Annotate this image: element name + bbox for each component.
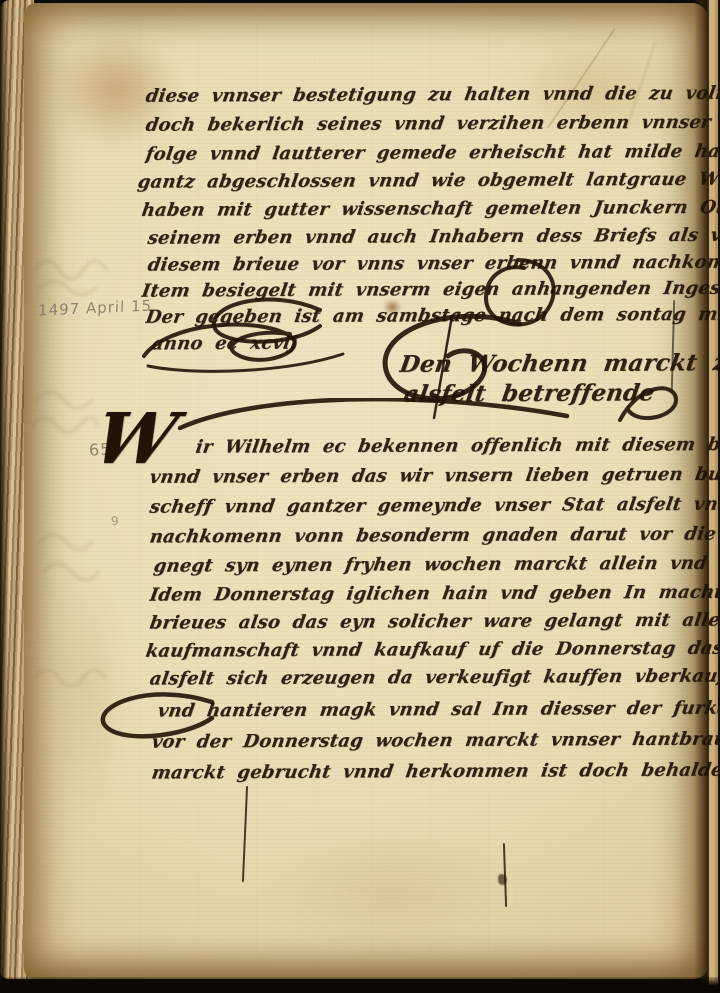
manuscript-line: gnegt syn eynen fryhen wochen marckt all…: [152, 551, 720, 578]
manuscript-photo: 1497 April 15 65 9 diese vnnser bestetig…: [0, 0, 720, 993]
manuscript-line: Idem Donnerstag iglichen hain vnd geben …: [148, 580, 720, 607]
manuscript-line: nachkomenn vonn besonderm gnaden darut v…: [148, 523, 718, 550]
manuscript-line: vnd hantieren magk vnnd sal Inn diesser …: [156, 696, 720, 723]
manuscript-line: alsfelt sich erzeugen da verkeufigt kauf…: [148, 664, 720, 691]
manuscript-line: haben mit gutter wissenschaft gemelten J…: [140, 195, 720, 223]
manuscript-line: diese vnnser bestetigung zu halten vnnd …: [144, 81, 720, 108]
manuscript-line: doch bekerlich seines vnnd verzihen erbe…: [144, 110, 720, 138]
manuscript-line: anno ec xcvij: [150, 332, 299, 357]
manuscript-line: Der gegeben ist am sambstage nach dem so…: [144, 302, 720, 330]
manuscript-line: seinem erben vnnd auch Inhabern dess Bri…: [146, 223, 720, 250]
manuscript-line: vnnd vnser erben das wir vnsern lieben g…: [148, 462, 720, 490]
manuscript-line: gantz abgeschlossen vnnd wie obgemelt la…: [136, 167, 720, 194]
manuscript-line: folge vnnd lautterer gemede erheischt ha…: [144, 139, 720, 167]
manuscript-line: diesem brieue vor vnns vnser erbenn vnnd…: [146, 250, 720, 277]
book-bottom-edge: [0, 977, 720, 993]
margin-small-mark: 9: [110, 514, 120, 529]
manuscript-line: vor der Donnerstag wochen marckt vnnser …: [150, 727, 720, 754]
manuscript-line: ir Wilhelm ec bekennen offenlich mit die…: [194, 432, 720, 460]
manuscript-line: kaufmanschaft vnnd kaufkauf uf die Donne…: [144, 636, 720, 663]
section-heading-line: Den Wochenn marckt zu: [398, 351, 720, 377]
manuscript-line: brieues also das eyn solicher ware gelan…: [148, 608, 720, 635]
manuscript-line: marckt gebrucht vnnd herkommen ist doch …: [150, 758, 720, 785]
manuscript-line: Item besiegelt mit vnserm eigen anhangen…: [140, 276, 720, 303]
section-heading-line: alsfelt betreffende: [402, 381, 656, 406]
manuscript-line: scheff vnnd gantzer gemeynde vnser Stat …: [148, 492, 720, 519]
